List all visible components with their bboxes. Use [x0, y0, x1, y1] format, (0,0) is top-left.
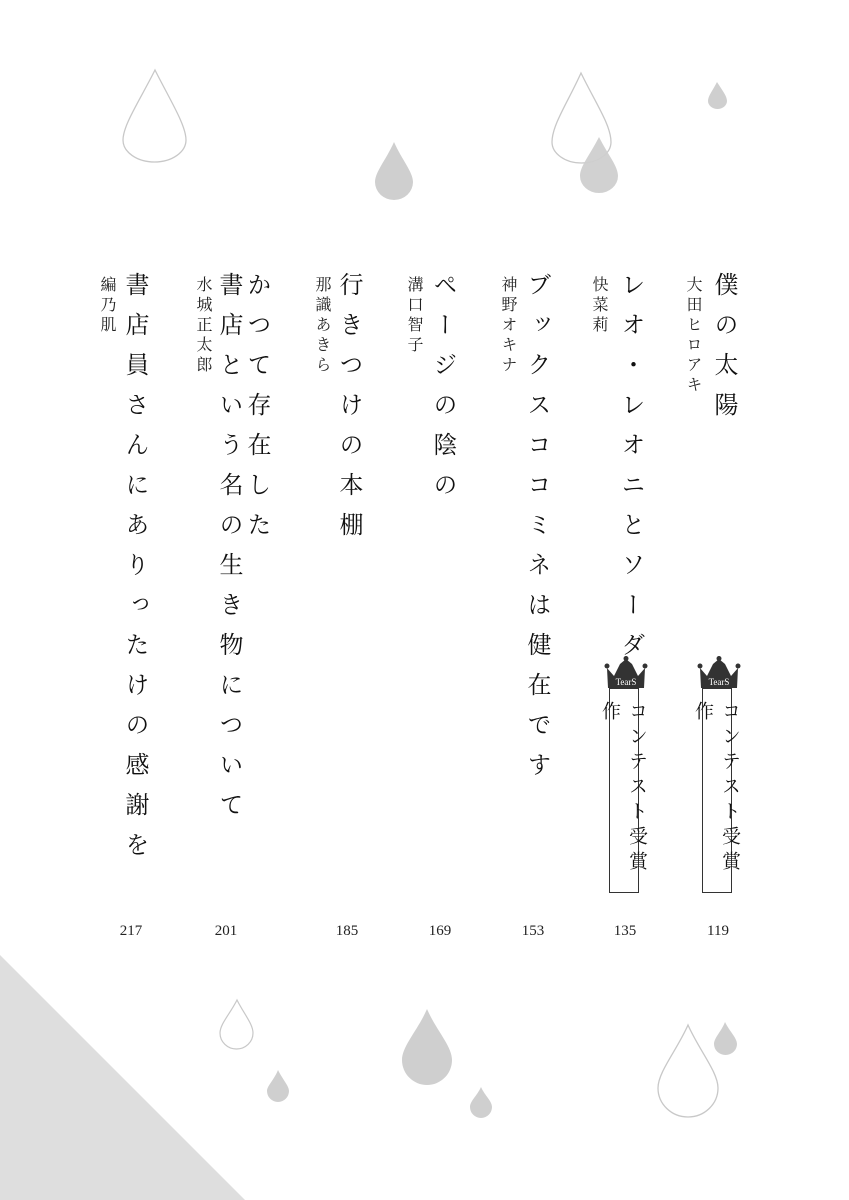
raindrop-filled-icon	[267, 1070, 289, 1102]
entry-title-line2[interactable]: 書店という名の生き物について	[215, 272, 243, 832]
entry-author: 那識あきら	[312, 276, 332, 376]
raindrop-outline-icon	[220, 1000, 253, 1049]
entry-title[interactable]: 行きつけの本棚	[335, 272, 363, 552]
entry-title[interactable]: 僕の太陽	[710, 272, 738, 432]
raindrop-filled-icon	[402, 1009, 452, 1085]
raindrop-outline-icon	[658, 1025, 718, 1117]
entry-author: 神野オキナ	[498, 276, 518, 376]
award-label: コンテスト受賞作	[597, 701, 651, 892]
page-number: 153	[522, 923, 545, 940]
entry-author: 編乃肌	[97, 276, 117, 336]
raindrop-filled-icon	[375, 142, 413, 200]
raindrop-outline-icon	[123, 70, 186, 162]
entry-title[interactable]: レオ・レオニとソーダ	[617, 272, 645, 672]
entry-author: 快菜莉	[589, 276, 609, 336]
page-number: 169	[429, 923, 452, 940]
entry-title-line1[interactable]: かつて存在した	[243, 272, 271, 552]
award-badge: TearS コンテスト受賞作	[702, 656, 736, 893]
page-number: 201	[215, 923, 238, 940]
award-box: コンテスト受賞作	[609, 688, 639, 893]
raindrop-filled-icon	[470, 1087, 492, 1118]
corner-triangle	[0, 955, 245, 1200]
entry-author: 溝口智子	[404, 276, 424, 356]
entry-title[interactable]: ページの陰の	[429, 272, 457, 512]
page-number: 217	[120, 923, 143, 940]
entry-title[interactable]: ブックスココミネは健在です	[523, 272, 551, 792]
svg-text:TearS: TearS	[709, 677, 730, 687]
raindrop-filled-icon	[580, 137, 618, 193]
page-number: 135	[614, 923, 637, 940]
award-label: コンテスト受賞作	[690, 701, 744, 892]
raindrop-filled-icon	[708, 82, 727, 109]
entry-title[interactable]: 書店員さんにありったけの感謝を	[121, 272, 149, 872]
page-number: 185	[336, 923, 359, 940]
award-box: コンテスト受賞作	[702, 688, 732, 893]
award-badge: TearS コンテスト受賞作	[609, 656, 643, 893]
svg-text:TearS: TearS	[616, 677, 637, 687]
crown-icon: TearS	[604, 656, 648, 688]
raindrop-outline-icon	[552, 73, 611, 163]
raindrop-filled-icon	[714, 1022, 737, 1055]
crown-icon: TearS	[697, 656, 741, 688]
page-number: 119	[707, 923, 729, 940]
entry-author: 大田ヒロアキ	[683, 276, 703, 396]
entry-author: 水城正太郎	[193, 276, 213, 376]
